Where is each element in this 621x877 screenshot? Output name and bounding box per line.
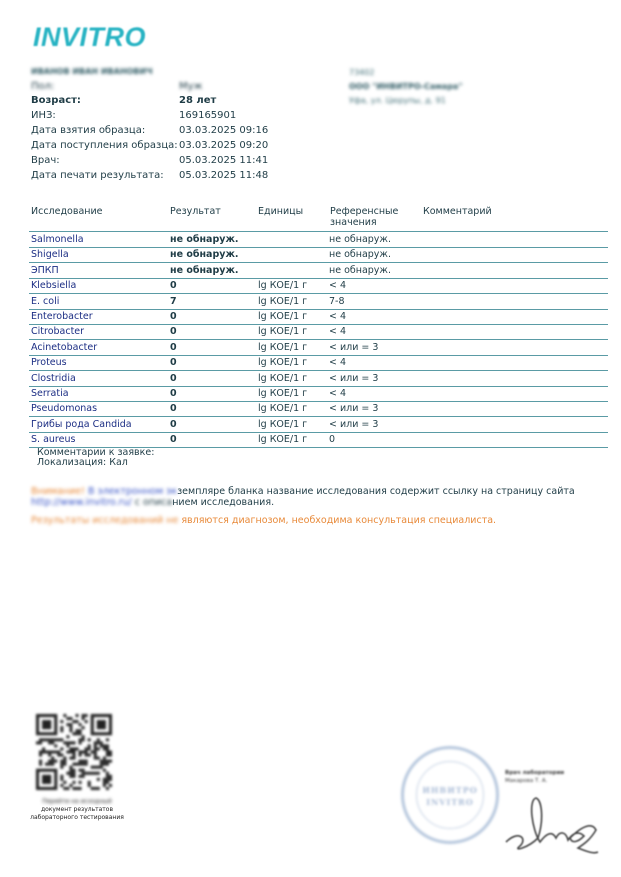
qr-caption-3: лабораторного тестирования	[22, 814, 132, 822]
test-name-link[interactable]: Acinetobacter	[31, 342, 97, 353]
info-label: Дата печати результата:	[31, 170, 164, 181]
unit-value: lg КОЕ/1 г	[258, 357, 307, 368]
unit-value: lg КОЕ/1 г	[258, 311, 307, 322]
table-row: Грибы рода Candida0lg КОЕ/1 г< или = 3	[29, 417, 608, 433]
test-name-link[interactable]: Shigella	[31, 249, 69, 260]
table-row: ЭПКПне обнаруж.не обнаруж.	[29, 263, 608, 279]
info-value: Муж	[179, 81, 203, 92]
table-row: Enterobacter0lg КОЕ/1 г< 4	[29, 309, 608, 325]
result-value: 0	[170, 403, 177, 414]
disclaimer: Результаты исследований не являются диаг…	[31, 515, 496, 526]
reference-value: < или = 3	[329, 342, 378, 353]
result-value: 0	[170, 280, 177, 291]
table-row: Proteus0lg КОЕ/1 г< 4	[29, 355, 608, 371]
test-name-link[interactable]: Klebsiella	[31, 280, 76, 291]
table-row: S. aureus0lg КОЕ/1 г0	[29, 432, 608, 448]
reference-value: 7-8	[329, 296, 345, 307]
patient-name: ИВАНОВ ИВАН ИВАНОВИЧ	[31, 67, 153, 76]
info-value: 03.03.2025 09:16	[179, 125, 268, 136]
unit-value: lg КОЕ/1 г	[258, 388, 307, 399]
stamp-inner-ring	[416, 761, 484, 829]
order-comments: Комментарии к заявке: Локализация: Кал	[37, 448, 154, 468]
qr-caption-2: документ результатов	[22, 806, 132, 814]
reference-value: < 4	[329, 280, 346, 291]
unit-value: lg КОЕ/1 г	[258, 280, 307, 291]
test-name-link[interactable]: ЭПКП	[31, 265, 59, 276]
table-row: Citrobacter0lg КОЕ/1 г< 4	[29, 324, 608, 340]
notice-line-1: Внимание! В электронном экземпляре бланк…	[31, 486, 575, 497]
unit-value: lg КОЕ/1 г	[258, 373, 307, 384]
test-name-link[interactable]: Enterobacter	[31, 311, 93, 322]
info-label: Дата взятия образца:	[31, 125, 145, 136]
invitro-logo: INVITRO	[33, 22, 146, 53]
reference-value: < 4	[329, 388, 346, 399]
unit-value: lg КОЕ/1 г	[258, 419, 307, 430]
unit-value: lg КОЕ/1 г	[258, 296, 307, 307]
test-name-link[interactable]: Грибы рода Candida	[31, 419, 132, 430]
qr-code[interactable]	[36, 714, 112, 790]
info-value: 05.03.2025 11:48	[179, 170, 268, 181]
stamp-text-bottom: INVITRO	[404, 797, 496, 807]
unit-value: lg КОЕ/1 г	[258, 434, 307, 445]
reference-value: < 4	[329, 326, 346, 337]
table-row: Klebsiella0lg КОЕ/1 г< 4	[29, 278, 608, 294]
result-value: 0	[170, 311, 177, 322]
reference-value: < 4	[329, 357, 346, 368]
result-value: 0	[170, 373, 177, 384]
comments-localization: Локализация: Кал	[37, 458, 154, 468]
test-name-link[interactable]: E. coli	[31, 296, 59, 307]
reference-value: не обнаруж.	[329, 249, 391, 260]
unit-value: lg КОЕ/1 г	[258, 342, 307, 353]
test-name-link[interactable]: Citrobacter	[31, 326, 84, 337]
table-row: Clostridia0lg КОЕ/1 г< или = 3	[29, 371, 608, 387]
unit-value: lg КОЕ/1 г	[258, 326, 307, 337]
result-value: 0	[170, 388, 177, 399]
notice-line-2: http://www.invitro.ru/ с описанием иссле…	[31, 497, 274, 508]
table-row: Pseudomonas0lg КОЕ/1 г< или = 3	[29, 401, 608, 417]
org-address: Уфа, ул. Цюрупы, д. 91	[349, 96, 446, 105]
reference-value: < 4	[329, 311, 346, 322]
signer-title: Врач лаборатории	[505, 770, 564, 776]
result-value: 0	[170, 419, 177, 430]
info-label: Дата поступления образца:	[31, 140, 178, 151]
test-name-link[interactable]: Serratia	[31, 388, 69, 399]
info-value: 05.03.2025 11:41	[179, 155, 268, 166]
result-value: 0	[170, 326, 177, 337]
result-value: не обнаруж.	[170, 249, 239, 260]
lab-stamp: ИНВИТРО INVITRO	[401, 746, 499, 844]
info-label: Врач:	[31, 155, 60, 166]
test-name-link[interactable]: Proteus	[31, 357, 67, 368]
result-value: не обнаруж.	[170, 265, 239, 276]
info-value: 28 лет	[179, 95, 216, 106]
table-row: Shigellaне обнаруж.не обнаруж.	[29, 247, 608, 263]
qr-caption-1: Перейти на исходный	[22, 798, 132, 806]
reference-value: не обнаруж.	[329, 265, 391, 276]
test-name-link[interactable]: Salmonella	[31, 234, 84, 245]
info-value: 169165901	[179, 110, 236, 121]
info-label: Возраст:	[31, 95, 81, 106]
result-value: 0	[170, 342, 177, 353]
col-header-reference: Референсные значения	[330, 206, 410, 228]
col-header-result: Результат	[170, 206, 221, 217]
unit-value: lg КОЕ/1 г	[258, 403, 307, 414]
reference-value: < или = 3	[329, 403, 378, 414]
reference-value: не обнаруж.	[329, 234, 391, 245]
info-label: ИНЗ:	[31, 110, 56, 121]
signer-name: Макарова Т. А.	[505, 778, 547, 784]
col-header-comment: Комментарий	[423, 206, 492, 217]
reference-value: < или = 3	[329, 419, 378, 430]
signature	[498, 790, 608, 860]
table-row: Salmonellaне обнаруж.не обнаруж.	[29, 232, 608, 248]
result-value: 7	[170, 296, 177, 307]
warning-label: Внимание!	[31, 486, 85, 497]
info-label: Пол:	[31, 81, 54, 92]
table-row: Acinetobacter0lg КОЕ/1 г< или = 3	[29, 340, 608, 356]
table-row: Serratia0lg КОЕ/1 г< 4	[29, 386, 608, 402]
col-header-units: Единицы	[258, 206, 303, 217]
test-name-link[interactable]: Clostridia	[31, 373, 76, 384]
org-code: 73402	[349, 68, 374, 77]
col-header-test: Исследование	[31, 206, 103, 217]
reference-value: < или = 3	[329, 373, 378, 384]
result-value: 0	[170, 434, 177, 445]
result-value: 0	[170, 357, 177, 368]
stamp-text-top: ИНВИТРО	[404, 785, 496, 795]
test-name-link[interactable]: Pseudomonas	[31, 403, 97, 414]
result-value: не обнаруж.	[170, 234, 239, 245]
test-name-link[interactable]: S. aureus	[31, 434, 75, 445]
site-link[interactable]: http://www.invitro.ru/	[31, 497, 132, 508]
reference-value: 0	[329, 434, 335, 445]
org-name: ООО "ИНВИТРО-Самара"	[349, 82, 462, 91]
info-value: 03.03.2025 09:20	[179, 140, 268, 151]
table-row: E. coli7lg КОЕ/1 г7-8	[29, 294, 608, 310]
